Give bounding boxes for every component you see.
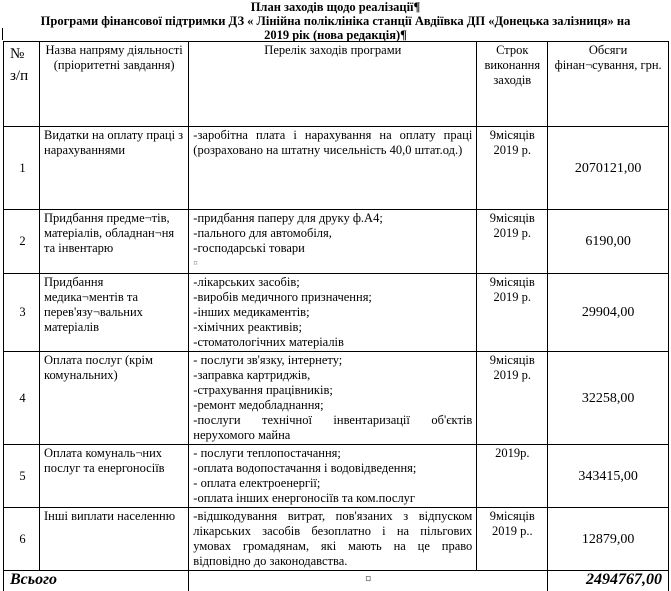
row-items: -лікарських засобів; -виробів медичного … <box>189 274 477 352</box>
row-term: 9місяців 2019 р.. <box>477 508 548 571</box>
row-term: 9місяців 2019 р. <box>477 210 548 274</box>
header-num: № з/п <box>4 42 40 127</box>
row-amount: 29904,00 <box>548 274 669 352</box>
table-row: 4 Оплата послуг (крім комунальних) - пос… <box>4 352 669 445</box>
row-item: - послуги теплопостачання; <box>193 446 472 461</box>
row-amount: 343415,00 <box>548 445 669 508</box>
row-item: -відшкодування витрат, пов'язаних з відп… <box>193 509 472 569</box>
text-cursor-marker <box>0 28 3 40</box>
row-num: 2 <box>4 210 40 274</box>
row-term: 9місяців 2019 р. <box>477 274 548 352</box>
table-row: 5 Оплата комуналь¬них послуг та енергоно… <box>4 445 669 508</box>
paragraph-mark: ¤ <box>193 256 472 271</box>
row-item: - послуги зв'язку, інтернету; <box>193 353 472 368</box>
row-item: -виробів медичного призначення; <box>193 290 472 305</box>
row-item: -ремонт медобладнання; <box>193 398 472 413</box>
row-items: -придбання паперу для друку ф.А4; -пальн… <box>189 210 477 274</box>
row-amount: 32258,00 <box>548 352 669 445</box>
title-line-1: План заходів щодо реалізації¶ <box>0 0 671 14</box>
row-item: -заправка картриджів, <box>193 368 472 383</box>
row-item: -придбання паперу для друку ф.А4; <box>193 211 472 226</box>
row-num: 4 <box>4 352 40 445</box>
header-amount: Обсяги фінан¬сування, грн. <box>548 42 669 127</box>
total-row: Всього ¤ 2494767,00 <box>4 571 669 591</box>
row-item: -заробітна плата і нарахування на оплату… <box>193 128 472 158</box>
row-term: 9місяців 2019 р. <box>477 127 548 210</box>
table-row: 1 Видатки на оплату праці з нарахуванням… <box>4 127 669 210</box>
table-row: 6 Інші виплати населенню -відшкодування … <box>4 508 669 571</box>
row-item: -пального для автомобіля, <box>193 226 472 241</box>
row-name: Придбання предме¬тів, матеріалів, обладн… <box>40 210 189 274</box>
header-name: Назва напряму діяльності (пріоритетні за… <box>40 42 189 127</box>
row-term: 2019р. <box>477 445 548 508</box>
row-items: - послуги теплопостачання; -оплата водоп… <box>189 445 477 508</box>
title-line-2: Програми фінансової підтримки ДЗ « Ліній… <box>0 14 671 28</box>
row-amount: 12879,00 <box>548 508 669 571</box>
row-item: -страхування працівників; <box>193 383 472 398</box>
row-items: - послуги зв'язку, інтернету; -заправка … <box>189 352 477 445</box>
row-item: -інших медикаментів; <box>193 305 472 320</box>
row-item: -господарські товари <box>193 241 472 256</box>
row-name: Оплата послуг (крім комунальних) <box>40 352 189 445</box>
total-label: Всього <box>4 571 189 591</box>
row-num: 5 <box>4 445 40 508</box>
row-item: -хімічних реактивів; <box>193 320 472 335</box>
row-amount: 2070121,00 <box>548 127 669 210</box>
program-plan-table: № з/п Назва напряму діяльності (пріорите… <box>3 41 669 591</box>
row-amount: 6190,00 <box>548 210 669 274</box>
document-title: План заходів щодо реалізації¶ Програми ф… <box>0 0 671 42</box>
row-items: -заробітна плата і нарахування на оплату… <box>189 127 477 210</box>
row-num: 1 <box>4 127 40 210</box>
row-item: -стоматологічних матеріалів <box>193 335 472 350</box>
row-name: Інші виплати населенню <box>40 508 189 571</box>
row-name: Оплата комуналь¬них послуг та енергоносі… <box>40 445 189 508</box>
row-num: 3 <box>4 274 40 352</box>
row-num: 6 <box>4 508 40 571</box>
row-name: Видатки на оплату праці з нарахуваннями <box>40 127 189 210</box>
header-term: Строк виконання заходів <box>477 42 548 127</box>
header-list: Перелік заходів програми <box>189 42 477 127</box>
row-name: Придбання медика¬ментів та перев'язу¬вал… <box>40 274 189 352</box>
table-header-row: № з/п Назва напряму діяльності (пріорите… <box>4 42 669 127</box>
row-item: -оплата водопостачання і водовідведення; <box>193 461 472 476</box>
total-amount: 2494767,00 <box>548 571 669 591</box>
total-middle: ¤ <box>189 571 548 591</box>
table-row: 2 Придбання предме¬тів, матеріалів, обла… <box>4 210 669 274</box>
row-term: 9місяців 2019 р. <box>477 352 548 445</box>
row-item: - оплата електроенергії; <box>193 476 472 491</box>
table-row: 3 Придбання медика¬ментів та перев'язу¬в… <box>4 274 669 352</box>
title-line-3: 2019 рік (нова редакція)¶ <box>0 28 671 42</box>
row-item: -послуги технічної інвентаризації об'єкт… <box>193 413 472 443</box>
row-items: -відшкодування витрат, пов'язаних з відп… <box>189 508 477 571</box>
row-item: -оплата інших енергоносіїв та ком.послуг <box>193 491 472 506</box>
row-item: -лікарських засобів; <box>193 275 472 290</box>
